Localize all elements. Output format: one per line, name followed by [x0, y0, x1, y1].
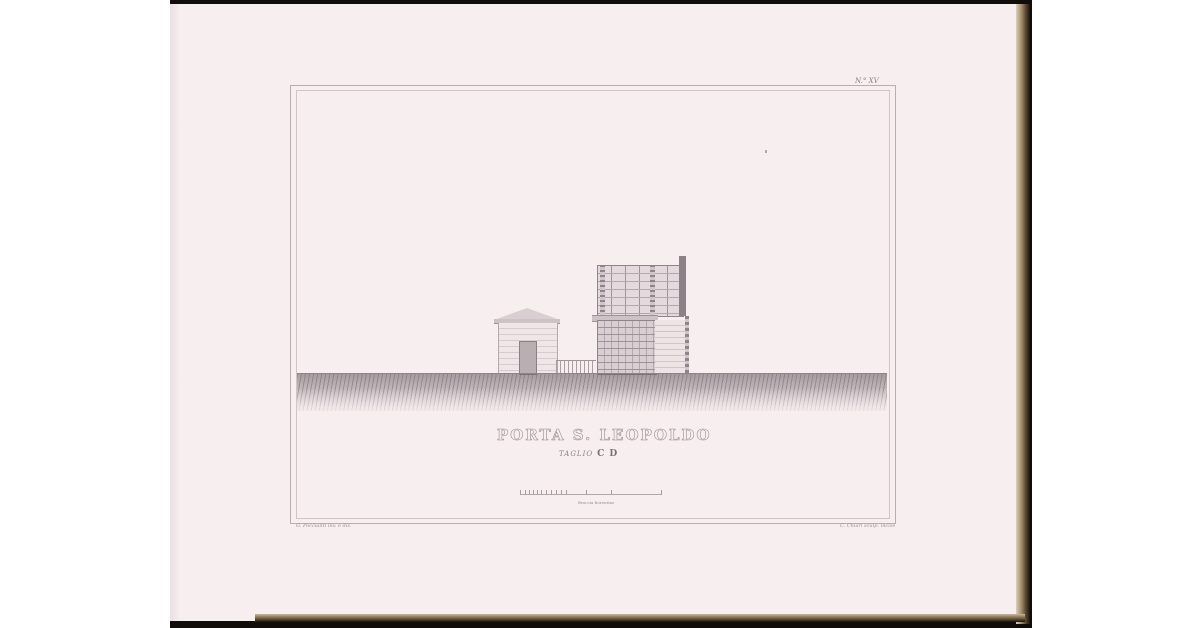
page-bottom-edge [255, 614, 1025, 622]
scale-label: Braccia fiorentine [578, 500, 614, 505]
gate-side-wall [655, 320, 686, 373]
scale-tick [533, 490, 534, 495]
page-right-edge [1016, 4, 1030, 624]
credit-designer: G. Poccianti inv. e dis. [296, 523, 352, 529]
scale-tick [551, 490, 552, 495]
scale-tick [546, 490, 547, 495]
chimney-quoins [685, 316, 689, 373]
scale-tick [566, 490, 567, 495]
scale-tick [561, 490, 562, 495]
ink-speck [765, 150, 767, 153]
scale-tick [661, 490, 662, 495]
scale-tick [520, 490, 521, 495]
page-gutter [170, 4, 180, 621]
scale-tick [611, 490, 612, 495]
scale-tick [556, 490, 557, 495]
gate-pier-middle [650, 265, 655, 315]
plate-number: N.° XV [855, 77, 879, 85]
scale-bar [520, 494, 662, 495]
gate-pier-left [600, 265, 605, 315]
iron-fence [556, 360, 596, 374]
plate-subtitle: TAGLIOC D [559, 449, 618, 459]
gate-upper-section [597, 265, 684, 317]
subtitle-section: C D [597, 449, 618, 459]
scale-tick [537, 490, 538, 495]
scale-tick [525, 490, 526, 495]
chimney [679, 256, 686, 316]
gate-lower-grille [597, 320, 657, 375]
scale-tick [586, 490, 587, 495]
plate-title: PORTA S. LEOPOLDO [497, 426, 712, 444]
scale-tick [541, 490, 542, 495]
credit-engraver: C. Chiari sculp. incise [840, 523, 895, 529]
scale-tick [529, 490, 530, 495]
subtitle-prefix: TAGLIO [559, 450, 593, 458]
ground-hatching [297, 373, 887, 411]
pavilion-door [519, 341, 537, 375]
ground-line [297, 373, 887, 374]
